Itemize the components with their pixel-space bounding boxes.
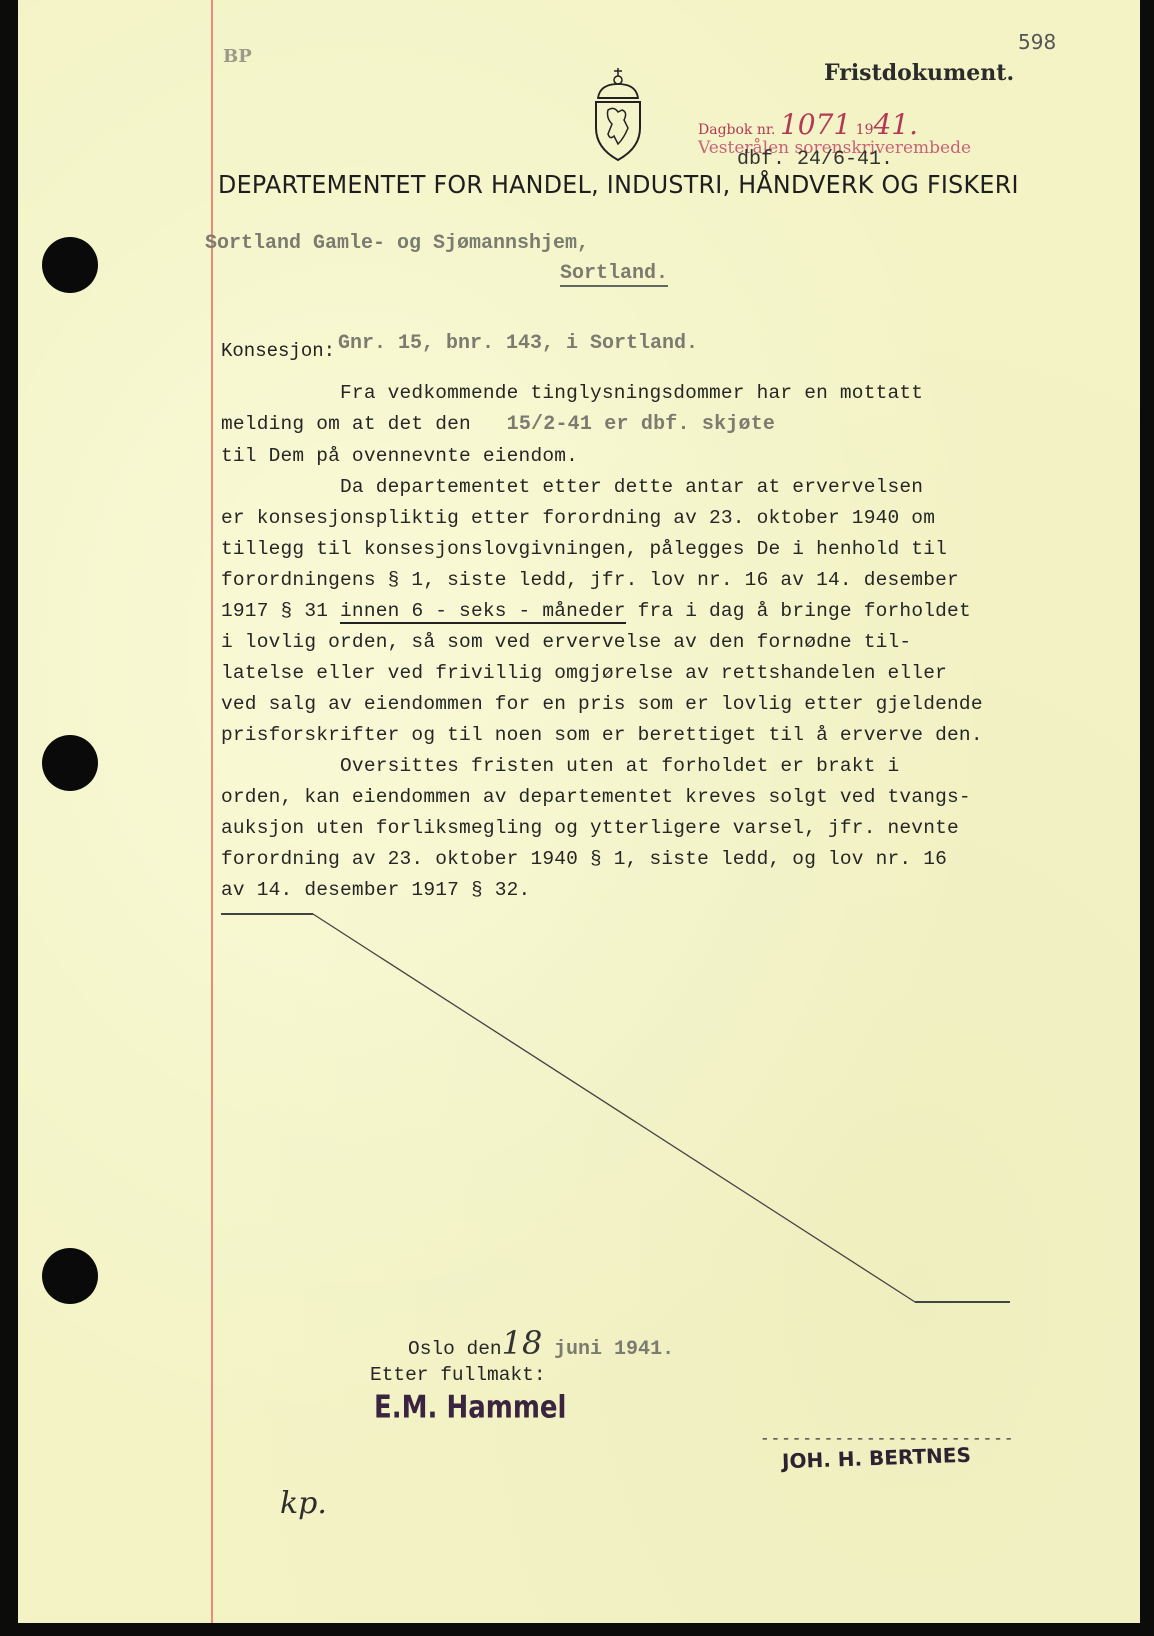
cancellation-diagonal	[18, 0, 1140, 1623]
place-date: Oslo den18 juni 1941.	[408, 1324, 674, 1362]
handwritten-initials: kp.	[280, 1486, 327, 1521]
place-label: Oslo den	[408, 1338, 502, 1360]
month-year: juni 1941.	[554, 1338, 674, 1361]
authority-label: Etter fullmakt:	[370, 1364, 546, 1386]
handwritten-day: 18	[502, 1324, 543, 1362]
closing-rule-end	[915, 1301, 1010, 1303]
document-page: BP 598 Fristdokument. Dagbok nr. 1071 19…	[18, 0, 1140, 1623]
signature-stamp-hammel: E.M. Hammel	[374, 1390, 566, 1426]
